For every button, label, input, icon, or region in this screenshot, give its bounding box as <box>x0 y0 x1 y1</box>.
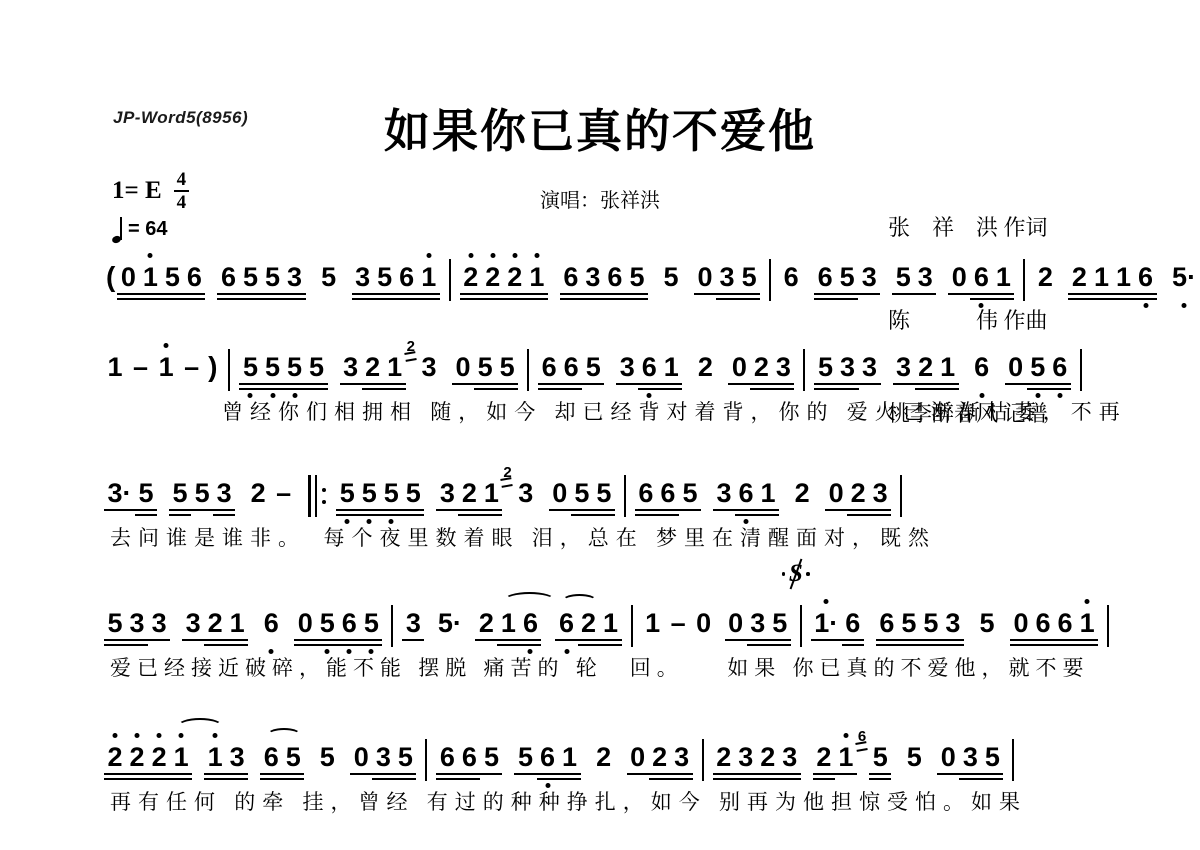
octave-dot-below <box>1143 303 1148 308</box>
beam-line <box>694 293 716 295</box>
beam-line <box>914 293 936 295</box>
beam-line <box>600 639 622 641</box>
beam-line <box>169 509 191 511</box>
note: 3 <box>352 262 374 292</box>
beam-line <box>117 298 139 300</box>
note: 5 <box>582 352 604 382</box>
note: 6 <box>638 352 660 382</box>
beam-line <box>497 639 519 641</box>
note: 3 <box>126 608 148 638</box>
beam-line <box>769 644 791 646</box>
spacer <box>548 262 560 263</box>
note: 5 <box>920 608 942 638</box>
note: 1 <box>642 608 664 638</box>
barline <box>769 259 771 301</box>
notation-line: 5333216056535·2166211–0035S1·6655350661 <box>104 608 1170 647</box>
beam-line <box>600 644 622 646</box>
music-system-1: (015665535356122216365503566535306122116… <box>104 262 1170 301</box>
beam-line <box>627 773 649 775</box>
spacer <box>936 262 948 263</box>
beam-line <box>436 509 458 511</box>
beam-line <box>362 388 384 390</box>
beam-line <box>836 383 858 385</box>
beam-line <box>1135 293 1157 295</box>
beam-line <box>458 509 480 511</box>
note: 2 <box>362 352 384 382</box>
beam-line <box>170 773 192 775</box>
beam-line <box>191 509 213 511</box>
lyricist-credit: 张 祥 洪 作词 <box>888 212 1048 243</box>
spacer <box>338 742 350 743</box>
beam-line <box>436 773 458 775</box>
beam-line <box>239 388 261 390</box>
grace-note: 2 <box>407 339 415 354</box>
note: 3 <box>942 608 964 638</box>
beam-line <box>1027 383 1049 385</box>
beam-line <box>992 298 1014 300</box>
octave-dot-above <box>824 599 829 604</box>
beam-line <box>1054 639 1076 641</box>
spacer <box>715 608 725 609</box>
note: 3 <box>959 742 981 772</box>
music-system-3: 3·55532–5555321230556653612023去问谁是谁非。 每个… <box>104 478 1170 517</box>
note: 5 <box>239 352 261 382</box>
beam-line <box>772 388 794 390</box>
octave-dot-above <box>490 253 495 258</box>
note: 6 <box>971 352 993 382</box>
beam-line <box>898 639 920 641</box>
note: 6 <box>1054 608 1076 638</box>
beam-line <box>757 778 779 780</box>
beam-line <box>284 388 306 390</box>
note: 0 <box>725 608 747 638</box>
note: 2 <box>204 608 226 638</box>
beam-line <box>942 639 964 641</box>
beam-line <box>226 639 248 641</box>
beam-line <box>559 778 581 780</box>
spacer <box>648 262 660 263</box>
beam-line <box>338 644 360 646</box>
beam-line <box>560 293 582 295</box>
note: 0 <box>694 262 716 292</box>
beam-line <box>239 383 261 385</box>
note: 5 <box>380 478 402 508</box>
note: 6 <box>396 262 418 292</box>
note: 0 <box>350 742 372 772</box>
note: 1 <box>155 352 177 382</box>
beam-line <box>836 298 858 300</box>
beam-line <box>657 514 679 516</box>
note: 6 <box>537 742 559 772</box>
beam-line <box>139 298 161 300</box>
beam-line <box>282 773 304 775</box>
beam-line <box>582 298 604 300</box>
barline <box>228 349 230 391</box>
beam-line <box>713 509 735 511</box>
octave-dot-below <box>1182 303 1187 308</box>
note: 0 <box>627 742 649 772</box>
beam-line <box>1112 293 1134 295</box>
beam-line <box>402 514 424 516</box>
beam-line <box>1010 639 1032 641</box>
beam-line <box>847 514 869 516</box>
note: 5 <box>869 742 891 772</box>
beam-line <box>859 383 881 385</box>
grace-beams <box>855 741 867 752</box>
note: 3 <box>869 478 891 508</box>
note: 3 <box>148 608 170 638</box>
beam-line <box>671 778 693 780</box>
quarter-note-icon <box>112 216 123 243</box>
note: 1· <box>811 608 842 638</box>
beam-line <box>747 644 769 646</box>
note: 5 <box>262 262 284 292</box>
beam-line <box>504 293 526 295</box>
note: 5 <box>571 478 593 508</box>
beam-line <box>402 509 424 511</box>
music-system-4: 5333216056535·2166211–0035S1·6655350661爱… <box>104 608 1170 647</box>
spacer <box>424 478 436 479</box>
note: 6 <box>780 262 802 292</box>
note: 2 <box>504 262 526 292</box>
beam-line <box>814 293 836 295</box>
note: 3 <box>747 608 769 638</box>
lyrics-line: 曾经你们相拥相 随，如今 却已经背对着背，你的 爱火已渐渐枯萎，不再 <box>222 396 1127 426</box>
beam-line <box>1068 298 1090 300</box>
octave-dot-above <box>164 343 169 348</box>
beam-line <box>713 778 735 780</box>
spacer <box>964 608 976 609</box>
spacer <box>235 478 247 479</box>
spacer <box>864 608 876 609</box>
spacer <box>959 352 971 353</box>
beam-line <box>260 773 282 775</box>
beam-line <box>482 298 504 300</box>
beam-line <box>560 383 582 385</box>
beam-line <box>578 644 600 646</box>
beam-line <box>402 639 424 641</box>
beam-line <box>593 514 615 516</box>
beam-line <box>1076 639 1098 641</box>
note: 1 <box>170 742 192 772</box>
sustain-dash: – <box>133 352 148 382</box>
notation-line: 2221136550356655612023232321655035 <box>104 742 1170 781</box>
note: 5 <box>836 262 858 292</box>
note: 5 <box>336 478 358 508</box>
lyrics-line: 爱已经接近破碎，能不能 摆脱 痛苦的 轮 回。 如果 你已真的不爱他，就不要 <box>110 652 1090 682</box>
beam-line <box>779 773 801 775</box>
beam-line <box>1068 293 1090 295</box>
sustain-dash: – <box>671 608 686 638</box>
beam-line <box>893 383 915 385</box>
beam-line <box>372 773 394 775</box>
note: 5 <box>161 262 183 292</box>
beam-line <box>460 293 482 295</box>
spacer <box>282 608 294 609</box>
beam-line <box>750 383 772 385</box>
spacer <box>581 742 593 743</box>
beam-line <box>937 388 959 390</box>
beam-line <box>316 644 338 646</box>
spacer <box>993 352 1005 353</box>
spacer <box>701 478 713 479</box>
barline <box>1107 605 1109 647</box>
spacer <box>465 608 475 609</box>
beam-line <box>716 293 738 295</box>
beam-line <box>578 639 600 641</box>
beam-line <box>811 639 842 641</box>
repeat-start-sign <box>308 475 326 517</box>
beam-line <box>526 293 548 295</box>
beam-line <box>538 383 560 385</box>
beam-line <box>559 773 581 775</box>
note: 2 <box>750 352 772 382</box>
note: 5· <box>1169 262 1200 292</box>
note: 1 <box>384 352 406 382</box>
beam-line <box>716 298 738 300</box>
slur-arc <box>562 594 598 608</box>
beam-line <box>294 639 316 641</box>
beam-line <box>992 293 1014 295</box>
beam-line <box>284 298 306 300</box>
note: 1 <box>480 478 502 508</box>
beam-line <box>876 639 898 641</box>
beam-line <box>372 778 394 780</box>
grace-note: 2 <box>503 465 511 480</box>
beam-line <box>148 639 170 641</box>
beam-line <box>474 383 496 385</box>
beam-line <box>104 639 126 641</box>
beam-line <box>204 773 226 775</box>
beam-line <box>560 388 582 390</box>
grace-beams <box>501 477 513 488</box>
beam-line <box>262 293 284 295</box>
beam-line <box>582 293 604 295</box>
beam-line <box>360 639 382 641</box>
beam-line <box>226 773 248 775</box>
note: 6 <box>876 608 898 638</box>
note: 2 <box>757 742 779 772</box>
meter-denominator: 4 <box>177 192 187 213</box>
lyrics-line: 再有任何 的牵 挂，曾经 有过的种种挣扎，如今 别再为他担惊受怕。如果 <box>110 786 1027 816</box>
note: 2 <box>475 608 497 638</box>
beam-line <box>937 383 959 385</box>
note: 2 <box>1068 262 1090 292</box>
note: 3 <box>858 262 880 292</box>
beam-line <box>725 639 747 641</box>
beam-line <box>1049 388 1071 390</box>
beam-line <box>394 773 416 775</box>
beam-line <box>396 298 418 300</box>
beam-line <box>814 383 836 385</box>
beam-line <box>374 293 396 295</box>
note: 3 <box>582 262 604 292</box>
note: 2 <box>915 352 937 382</box>
note: 1 <box>660 352 682 382</box>
note: 5 <box>814 352 836 382</box>
note: 5 <box>660 262 682 292</box>
beam-line <box>362 383 384 385</box>
note: 5 <box>474 352 496 382</box>
note: 1 <box>204 742 226 772</box>
beam-line <box>937 773 959 775</box>
beam-line <box>139 293 161 295</box>
beam-line <box>616 383 638 385</box>
note: 0 <box>549 478 571 508</box>
beam-line <box>920 644 942 646</box>
beam-line <box>374 298 396 300</box>
beam-line <box>458 773 480 775</box>
beam-line <box>482 293 504 295</box>
note: 2 <box>791 478 813 508</box>
beam-line <box>842 639 864 641</box>
note: 5 <box>358 478 380 508</box>
beam-line <box>813 778 835 780</box>
note: 3 <box>402 608 424 638</box>
barline <box>702 739 704 781</box>
tempo-marking: = 64 <box>112 216 167 243</box>
slur-arc <box>504 592 555 608</box>
beam-line <box>757 773 779 775</box>
beam-line <box>117 293 139 295</box>
spacer <box>891 742 903 743</box>
beam-line <box>842 644 864 646</box>
beam-line <box>549 509 571 511</box>
beam-line <box>560 298 582 300</box>
beam-line <box>738 293 760 295</box>
note: 6 <box>217 262 239 292</box>
beam-line <box>649 773 671 775</box>
beam-line <box>671 773 693 775</box>
barline: S <box>800 605 802 647</box>
note: 6 <box>635 478 657 508</box>
note: 5 <box>514 742 536 772</box>
note: 6 <box>260 608 282 638</box>
lyrics-line: 去问谁是谁非。 每个夜里数着眼 泪，总在 梦里在清醒面对，既然 <box>110 522 936 552</box>
note: 2 <box>694 352 716 382</box>
note: 3 <box>859 352 881 382</box>
beam-line <box>358 509 380 511</box>
beam-line <box>757 514 779 516</box>
grace-beams <box>404 351 416 362</box>
beam-line <box>396 293 418 295</box>
segno-icon: S <box>784 559 808 591</box>
beam-line <box>813 773 835 775</box>
note: 5 <box>769 608 791 638</box>
beam-line <box>316 639 338 641</box>
note: 6 <box>519 608 541 638</box>
note: 0 <box>294 608 316 638</box>
beam-line <box>635 514 657 516</box>
beam-line <box>942 644 964 646</box>
beam-line <box>779 778 801 780</box>
beam-line <box>170 778 192 780</box>
beam-line <box>104 644 126 646</box>
beam-line <box>519 639 541 641</box>
spacer <box>248 608 260 609</box>
note: 3 <box>914 262 936 292</box>
note: 6 <box>260 742 282 772</box>
beam-line <box>555 639 577 641</box>
beam-line <box>360 644 382 646</box>
note: 1 <box>1090 262 1112 292</box>
note: 6 <box>814 262 836 292</box>
beam-line <box>480 509 502 511</box>
note: 5 <box>394 742 416 772</box>
note: 6 <box>842 608 864 638</box>
note: 1 <box>937 352 959 382</box>
note: 5 <box>892 262 914 292</box>
note: 1 <box>139 262 161 292</box>
beam-line <box>104 778 126 780</box>
note: 5 <box>898 608 920 638</box>
beam-line <box>869 509 891 511</box>
note: 5 <box>360 608 382 638</box>
note: 6 <box>1049 352 1071 382</box>
sheet-music-page: { "page": { "watermark": "JP-Word5(8956)… <box>0 0 1200 850</box>
beam-line <box>126 644 148 646</box>
note: 5 <box>738 262 760 292</box>
note: 5 <box>104 608 126 638</box>
beam-line <box>948 293 970 295</box>
beam-line <box>604 293 626 295</box>
note: 1 <box>757 478 779 508</box>
spacer <box>541 608 555 609</box>
note: 0 <box>1010 608 1032 638</box>
spacer <box>615 742 627 743</box>
spacer <box>925 742 937 743</box>
beam-line <box>458 514 480 516</box>
beam-line <box>750 388 772 390</box>
beam-line <box>352 298 374 300</box>
beam-line <box>226 778 248 780</box>
note: 2 <box>148 742 170 772</box>
beam-line <box>1090 298 1112 300</box>
note: 5· <box>434 608 465 638</box>
note: 3 <box>372 742 394 772</box>
beam-line <box>604 298 626 300</box>
beam-line <box>593 509 615 511</box>
note: 0 <box>1005 352 1027 382</box>
spacer <box>170 608 182 609</box>
octave-dot-above <box>512 253 517 258</box>
note: 5 <box>284 352 306 382</box>
note: 6 <box>183 262 205 292</box>
beam-line <box>836 388 858 390</box>
beam-line <box>638 383 660 385</box>
beam-line <box>104 773 126 775</box>
spacer <box>998 608 1010 609</box>
note: 3 <box>779 742 801 772</box>
note: 5 <box>282 742 304 772</box>
note: 5 <box>318 262 340 292</box>
octave-dot-above <box>1085 599 1090 604</box>
beam-line <box>126 773 148 775</box>
note: 3 <box>716 262 738 292</box>
barline <box>527 349 529 391</box>
note: 5 <box>480 742 502 772</box>
beam-line <box>847 509 869 511</box>
spacer <box>1056 262 1068 263</box>
note: 3 <box>284 262 306 292</box>
beam-line <box>959 778 981 780</box>
note: 6 <box>458 742 480 772</box>
beam-line <box>204 778 226 780</box>
composer-credit: 陈 伟 作曲 <box>888 305 1048 336</box>
beam-line <box>504 298 526 300</box>
note: 5 <box>626 262 648 292</box>
spacer <box>340 262 352 263</box>
